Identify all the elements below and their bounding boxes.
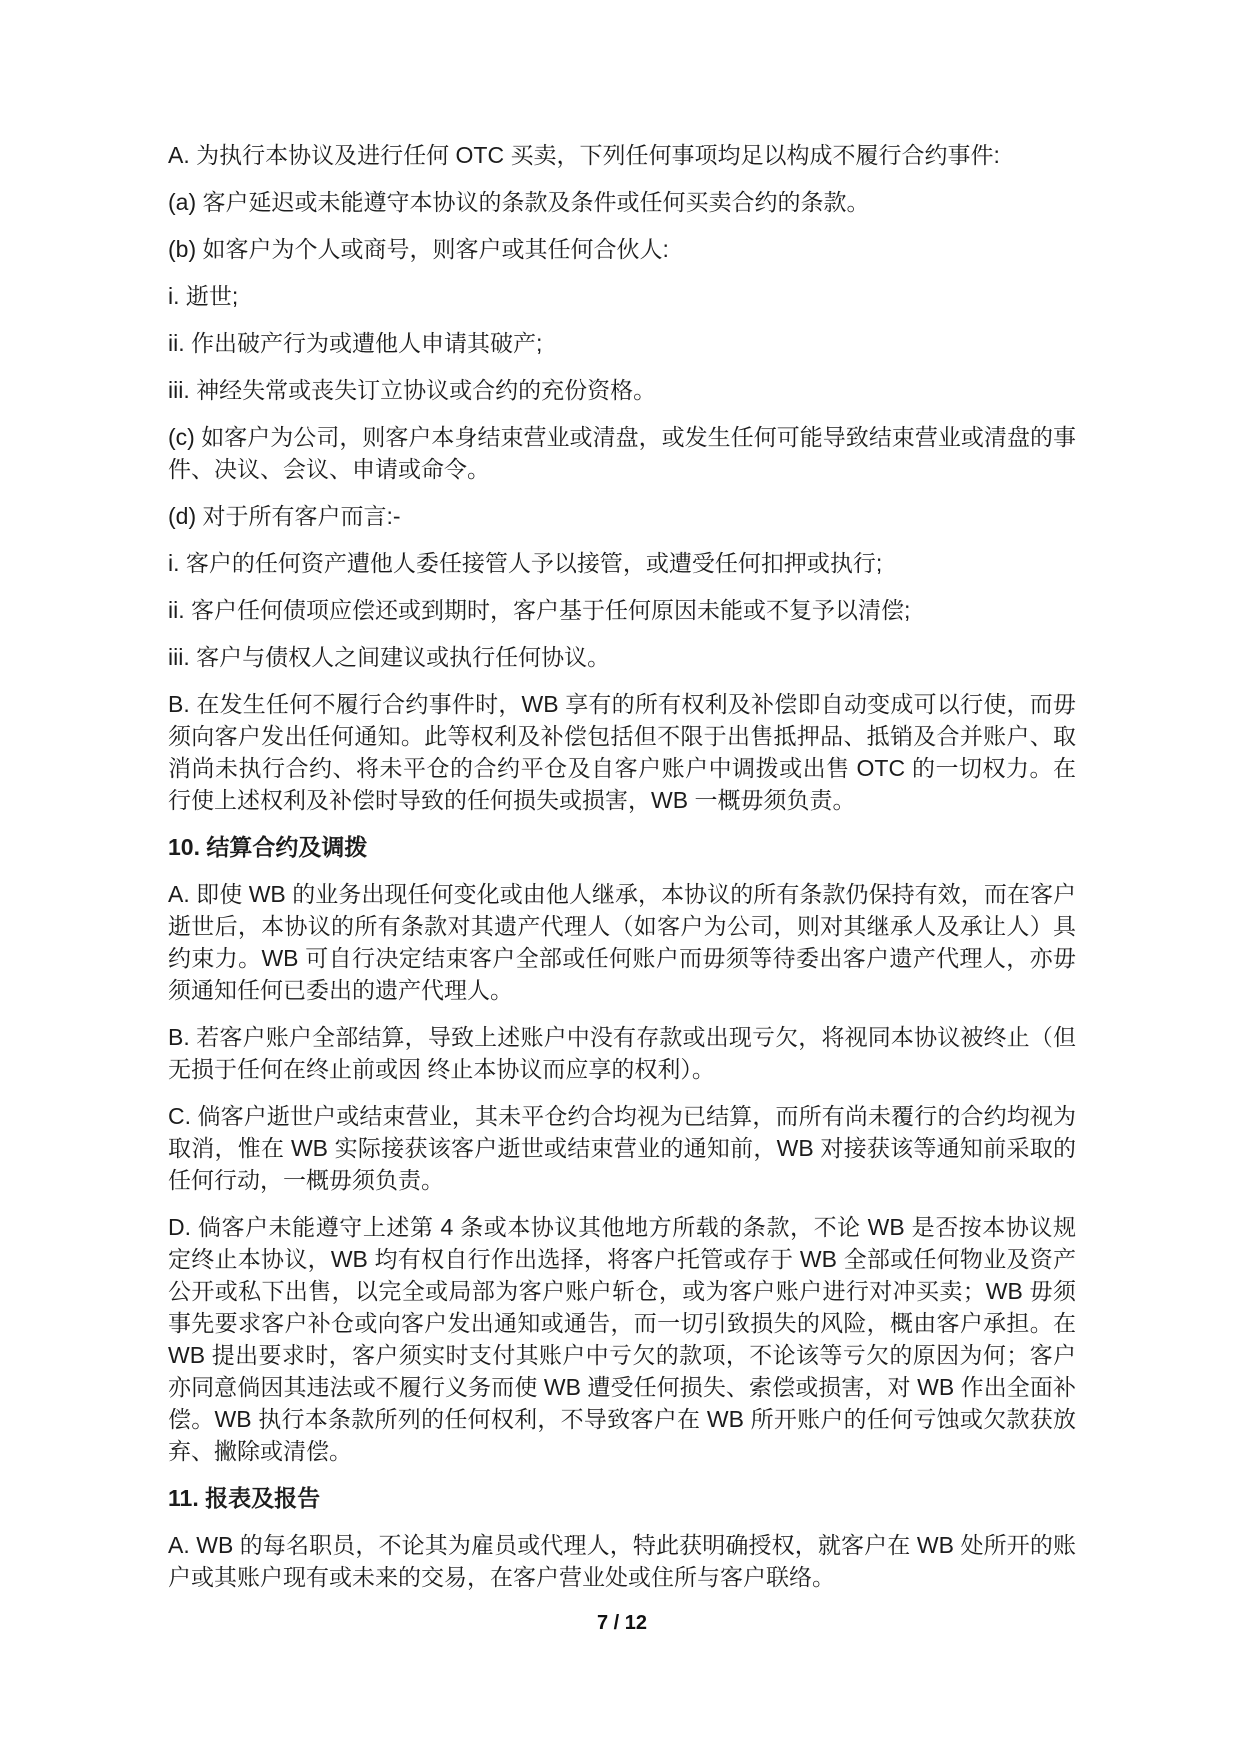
- clause-11-A: A. WB 的每名职员，不论其为雇员或代理人，特此获明确授权，就客户在 WB 处…: [168, 1529, 1076, 1593]
- clause-A-default-events: A. 为执行本协议及进行任何 OTC 买卖，下列任何事项均足以构成不履行合约事件…: [168, 139, 1076, 171]
- clause-B-remedies: B. 在发生任何不履行合约事件时，WB 享有的所有权利及补偿即自动变成可以行使，…: [168, 688, 1076, 816]
- clause-d-item-i: i. 客户的任何资产遭他人委任接管人予以接管，或遭受任何扣押或执行;: [168, 547, 1076, 579]
- section-heading-10: 10. 结算合约及调拨: [168, 831, 1076, 863]
- clause-b-item-i: i. 逝世;: [168, 280, 1076, 312]
- section-heading-11: 11. 报表及报告: [168, 1482, 1076, 1514]
- clause-c: (c) 如客户为公司，则客户本身结束营业或清盘，或发生任何可能导致结束营业或清盘…: [168, 421, 1076, 485]
- clause-10-C: C. 倘客户逝世户或结束营业，其未平仓约合均视为已结算，而所有尚未覆行的合约均视…: [168, 1100, 1076, 1196]
- page-number-total: 12: [625, 1612, 647, 1634]
- document-body: A. 为执行本协议及进行任何 OTC 买卖，下列任何事项均足以构成不履行合约事件…: [168, 139, 1076, 1593]
- clause-d-item-iii: iii. 客户与债权人之间建议或执行任何协议。: [168, 641, 1076, 673]
- clause-d: (d) 对于所有客户而言:-: [168, 500, 1076, 532]
- clause-10-B: B. 若客户账户全部结算，导致上述账户中没有存款或出现亏欠，将视同本协议被终止（…: [168, 1021, 1076, 1085]
- clause-d-item-ii: ii. 客户任何债项应偿还或到期时，客户基于任何原因未能或不复予以清偿;: [168, 594, 1076, 626]
- clause-b-item-iii: iii. 神经失常或丧失订立协议或合约的充份资格。: [168, 374, 1076, 406]
- clause-10-A: A. 即使 WB 的业务出现任何变化或由他人继承，本协议的所有条款仍保持有效，而…: [168, 878, 1076, 1006]
- page-number-current: 7: [597, 1612, 608, 1634]
- document-page: A. 为执行本协议及进行任何 OTC 买卖，下列任何事项均足以构成不履行合约事件…: [0, 0, 1240, 1754]
- clause-a: (a) 客户延迟或未能遵守本协议的条款及条件或任何买卖合约的条款。: [168, 186, 1076, 218]
- page-number-separator: /: [608, 1612, 625, 1634]
- clause-b-item-ii: ii. 作出破产行为或遭他人申请其破产;: [168, 327, 1076, 359]
- clause-10-D: D. 倘客户未能遵守上述第 4 条或本协议其他地方所载的条款，不论 WB 是否按…: [168, 1211, 1076, 1467]
- page-number: 7 / 12: [168, 1608, 1076, 1638]
- clause-b: (b) 如客户为个人或商号，则客户或其任何合伙人:: [168, 233, 1076, 265]
